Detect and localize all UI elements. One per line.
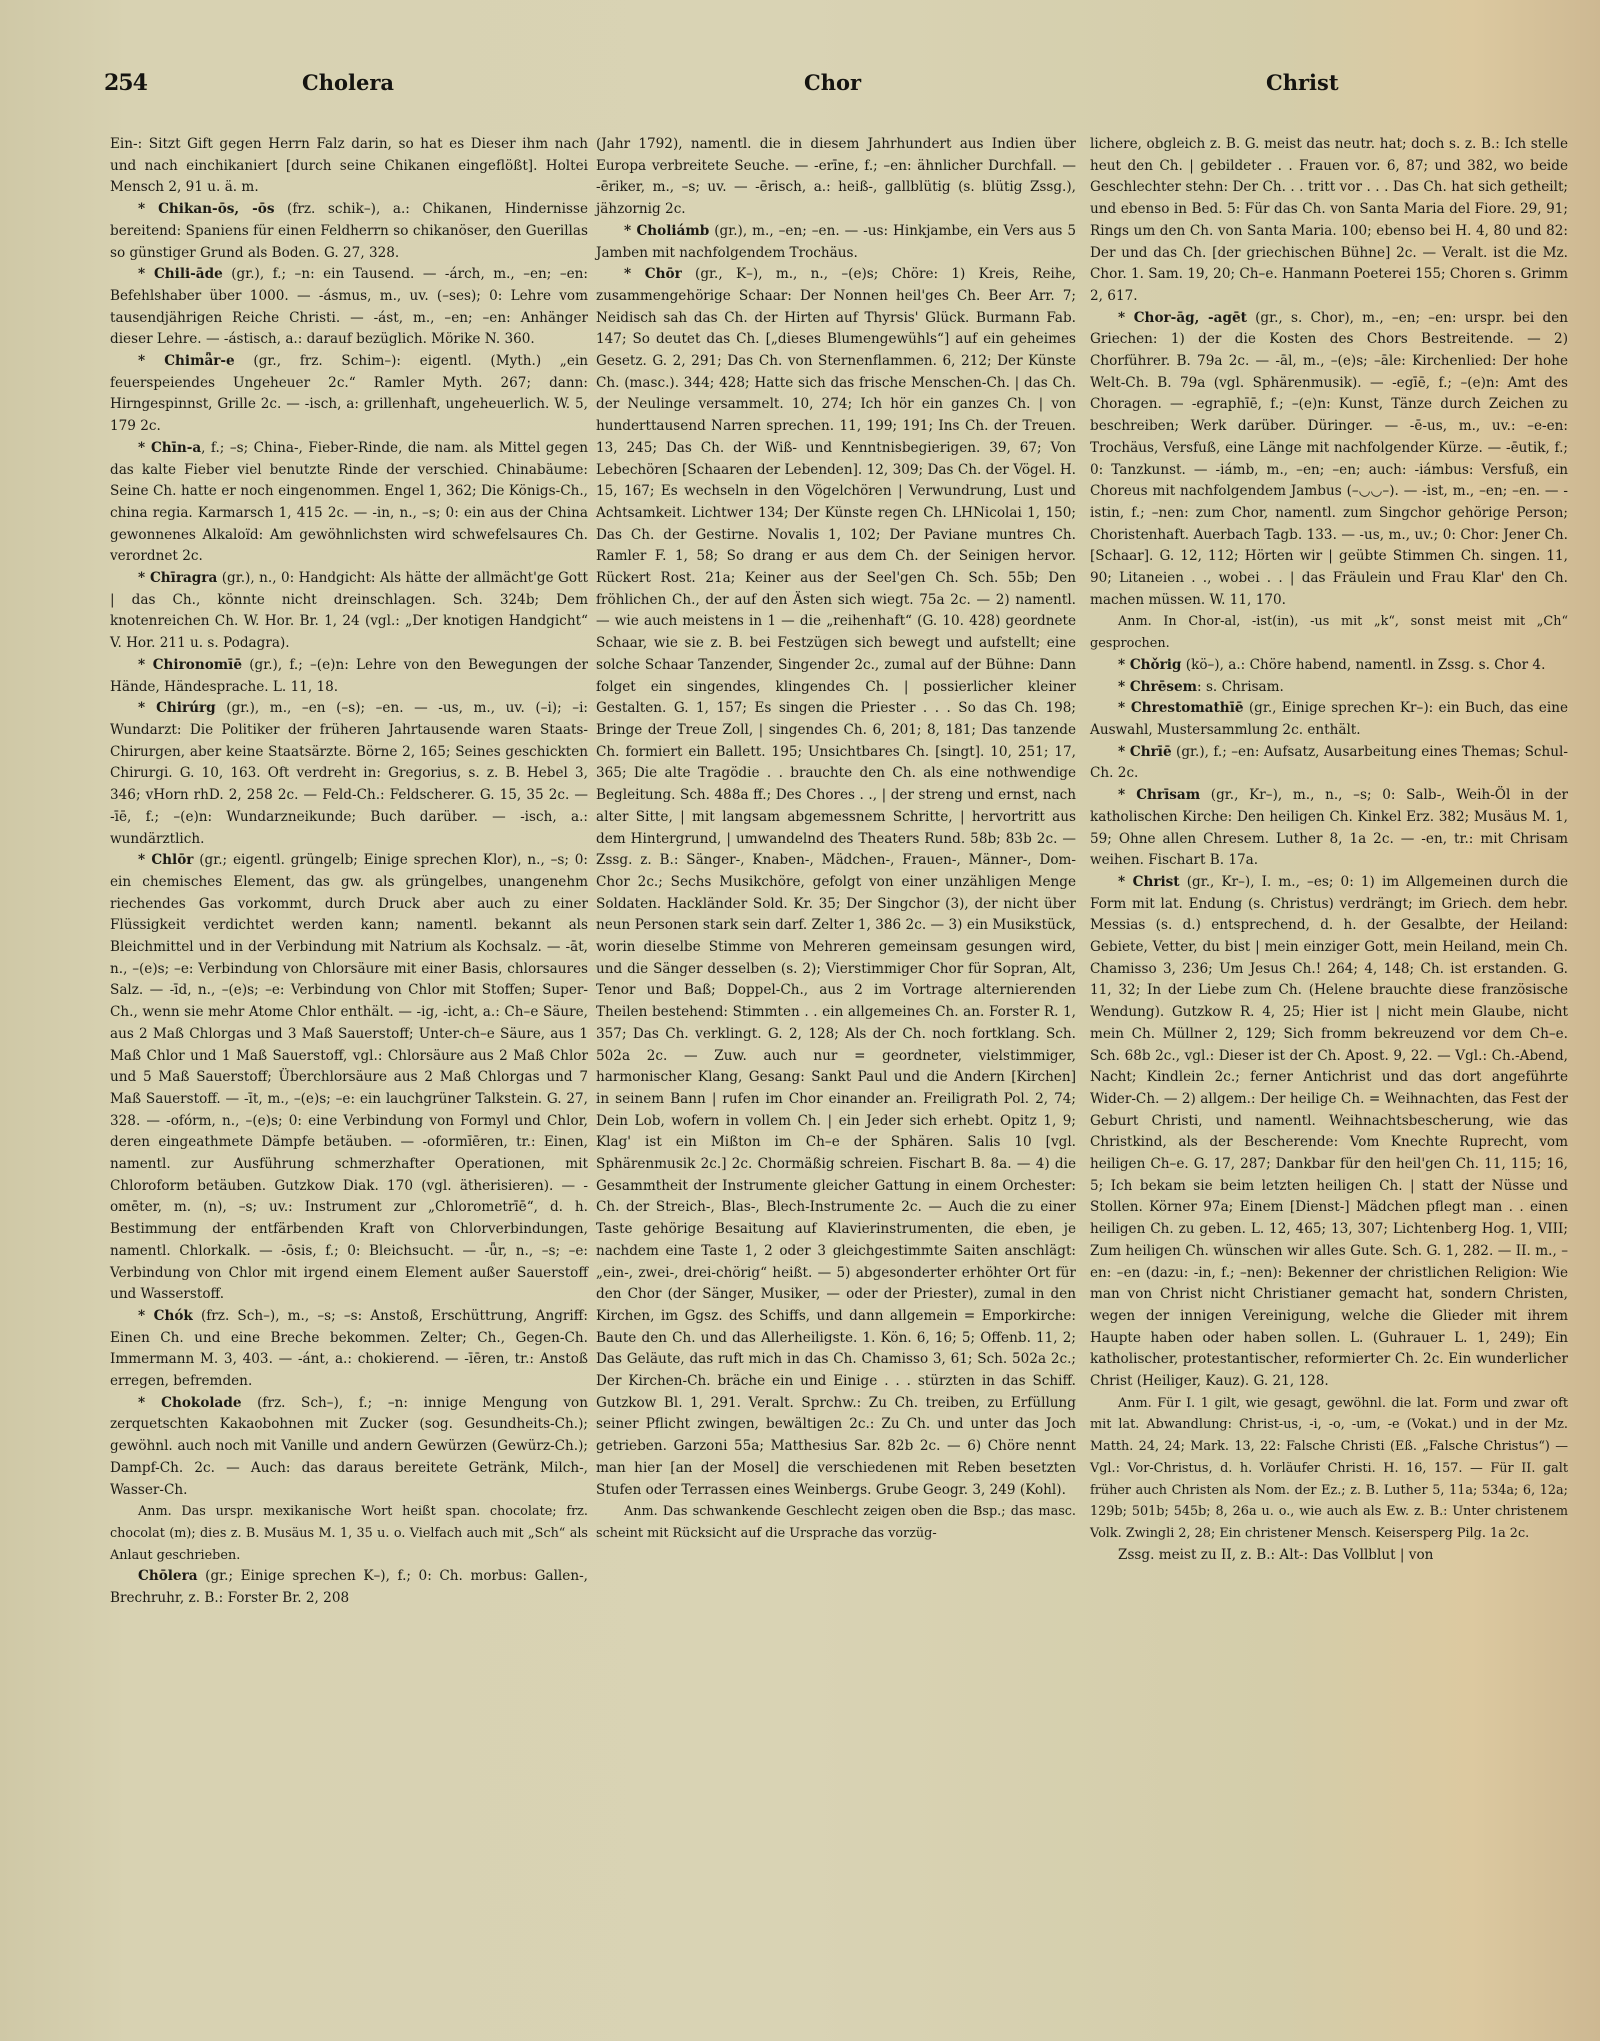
dictionary-entry: * Chǒrig (kö–), a.: Chöre habend, nament… [1090, 655, 1568, 677]
entry-headword: * Chǒrig [1118, 657, 1181, 673]
entry-text: Anm. In Chor-al, -ist(in), -us mit „k“, … [1090, 614, 1568, 651]
annotation-paragraph: Anm. In Chor-al, -ist(in), -us mit „k“, … [1090, 611, 1568, 654]
dictionary-entry: * Chokolade (frz. Sch–), f.; –n: innige … [110, 1393, 588, 1502]
right-column: lichere, obgleich z. B. G. meist das neu… [1090, 134, 1568, 1566]
entry-text: Anm. Das urspr. mexikanische Wort heißt … [110, 1504, 588, 1562]
entry-text: (gr.; eigentl. grüngelb; Einige sprechen… [110, 852, 588, 1302]
annotation-paragraph: Anm. Das urspr. mexikanische Wort heißt … [110, 1501, 588, 1566]
right-catchword: Christ [1266, 70, 1339, 95]
dictionary-entry: * Chili-āde (gr.), f.; –n: ein Tausend. … [110, 264, 588, 351]
dictionary-entry: * Chikan-ōs, -ōs (frz. schik–), a.: Chik… [110, 199, 588, 264]
page-number: 254 [104, 70, 147, 96]
entry-headword: Chōlera [138, 1568, 198, 1584]
dictionary-entry: * Chīragra (gr.), n., 0: Handgicht: Als … [110, 568, 588, 655]
entry-text: , f.; –s; China-, Fieber-Rinde, die nam.… [110, 440, 588, 565]
entry-headword: * Chironomīē [138, 657, 242, 673]
dictionary-entry: * Choliámb (gr.), m., –en; –en. — -us: H… [596, 221, 1076, 264]
dictionary-entry: * Chimǟr-e (gr., frz. Schim–): eigentl. … [110, 351, 588, 438]
dictionary-entry: * Chrestomathīē (gr., Einige sprechen Kr… [1090, 698, 1568, 741]
entry-text: Ein-: Sitzt Gift gegen Herrn Falz darin,… [110, 136, 588, 195]
entry-headword: * Chirúrg [138, 700, 216, 716]
entry-headword: * Chók [138, 1308, 193, 1324]
entry-headword: * Chokolade [138, 1395, 242, 1411]
continued-paragraph: (Jahr 1792), namentl. die in diesem Jahr… [596, 134, 1076, 221]
entry-headword: * Christ [1118, 874, 1180, 890]
entry-text: (gr., Kr–), I. m., –es; 0: 1) im Allgeme… [1090, 874, 1568, 1389]
entry-headword: * Chīn-a [138, 440, 201, 456]
entry-text: Anm. Das schwankende Geschlecht zeigen o… [596, 1504, 1076, 1541]
dictionary-entry: * Christ (gr., Kr–), I. m., –es; 0: 1) i… [1090, 872, 1568, 1393]
dictionary-entry: Chōlera (gr.; Einige sprechen K–), f.; 0… [110, 1566, 588, 1609]
entry-headword: * Chīragra [138, 570, 217, 586]
entry-headword: * Chikan-ōs, -ōs [138, 201, 275, 217]
entry-headword: * Chōr [624, 266, 682, 282]
entry-headword: * Chrīē [1118, 744, 1172, 760]
entry-headword: * Chimǟr-e [138, 353, 235, 369]
dictionary-entry: Zssg. meist zu II, z. B.: Alt-: Das Voll… [1090, 1545, 1568, 1567]
entry-text: lichere, obgleich z. B. G. meist das neu… [1090, 136, 1568, 304]
dictionary-entry: * Chrīsam (gr., Kr–), m., n., –s; 0: Sal… [1090, 785, 1568, 872]
entry-text: (gr., s. Chor), m., –en; –en: urspr. bei… [1090, 310, 1568, 608]
dictionary-entry: * Chor-āg, -agēt (gr., s. Chor), m., –en… [1090, 308, 1568, 612]
entry-headword: * Chrēsem [1118, 679, 1197, 695]
entry-text: (gr., K–), m., n., –(e)s; Chöre: 1) Krei… [596, 266, 1076, 1497]
dictionary-entry: * Chōr (gr., K–), m., n., –(e)s; Chöre: … [596, 264, 1076, 1501]
entry-headword: * Chor-āg, -agēt [1118, 310, 1247, 326]
dictionary-entry: * Chók (frz. Sch–), m., –s; –s: Anstoß, … [110, 1306, 588, 1393]
entry-headword: * Chlōr [138, 852, 193, 868]
center-catchword: Chor [804, 70, 861, 95]
dictionary-entry: * Chironomīē (gr.), f.; –(e)n: Lehre von… [110, 655, 588, 698]
page-header: 254 Cholera Chor Christ [104, 70, 1544, 106]
dictionary-entry: * Chrīē (gr.), f.; –en: Aufsatz, Ausarbe… [1090, 742, 1568, 785]
left-column: Ein-: Sitzt Gift gegen Herrn Falz darin,… [110, 134, 588, 1610]
dictionary-entry: * Chrēsem: s. Chrisam. [1090, 677, 1568, 699]
entry-text: : s. Chrisam. [1197, 679, 1284, 695]
dictionary-entry: * Chlōr (gr.; eigentl. grüngelb; Einige … [110, 850, 588, 1306]
middle-column: (Jahr 1792), namentl. die in diesem Jahr… [596, 134, 1076, 1545]
continued-paragraph: Ein-: Sitzt Gift gegen Herrn Falz darin,… [110, 134, 588, 199]
dictionary-entry: * Chirúrg (gr.), m., –en (–s); –en. — -u… [110, 698, 588, 850]
entry-headword: * Choliámb [624, 223, 709, 239]
entry-text: (gr.), m., –en (–s); –en. — -us, m., uv.… [110, 700, 588, 846]
dictionary-entry: * Chīn-a, f.; –s; China-, Fieber-Rinde, … [110, 438, 588, 568]
entry-text: (Jahr 1792), namentl. die in diesem Jahr… [596, 136, 1076, 217]
entry-text: Anm. Für I. 1 gilt, wie gesagt, gewöhnl.… [1090, 1396, 1568, 1541]
entry-headword: * Chrestomathīē [1118, 700, 1244, 716]
left-catchword: Cholera [302, 70, 394, 95]
entry-text: (kö–), a.: Chöre habend, namentl. in Zss… [1181, 657, 1545, 673]
annotation-paragraph: Anm. Für I. 1 gilt, wie gesagt, gewöhnl.… [1090, 1393, 1568, 1545]
continued-paragraph: lichere, obgleich z. B. G. meist das neu… [1090, 134, 1568, 308]
entry-headword: * Chili-āde [138, 266, 223, 282]
entry-headword: * Chrīsam [1118, 787, 1200, 803]
annotation-paragraph: Anm. Das schwankende Geschlecht zeigen o… [596, 1501, 1076, 1544]
entry-text: Zssg. meist zu II, z. B.: Alt-: Das Voll… [1118, 1547, 1433, 1563]
